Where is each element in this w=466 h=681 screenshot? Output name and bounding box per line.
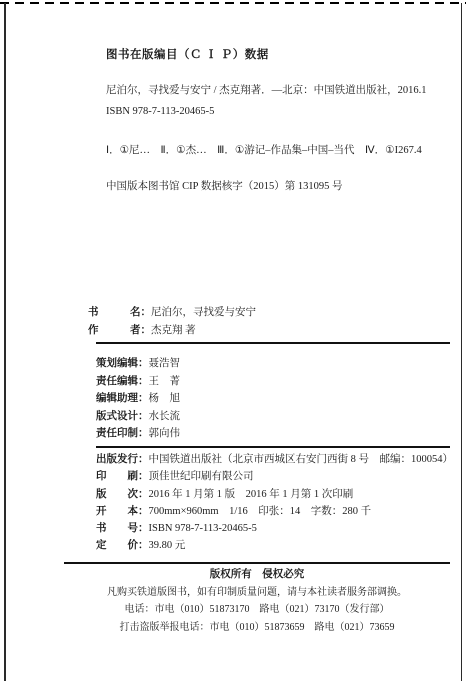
field-label: 出版发行： <box>96 454 149 465</box>
copyright-notice: 版权所有 侵权必究 <box>64 566 450 584</box>
divider-3 <box>64 562 450 564</box>
edition-row: 版 次：2016 年 1 月第 1 版 2016 年 1 月第 1 次印刷 <box>96 486 453 503</box>
price-row: 定 价：39.80 元 <box>96 537 453 554</box>
cip-section: 图书在版编目（Ｃ Ｉ Ｐ）数据 尼泊尔，寻找爱与安宁 / 杰克翔著．—北京：中国… <box>106 46 427 193</box>
field-value: 王 菁 <box>149 376 181 387</box>
layout-design-row: 版式设计：水长流 <box>96 408 180 426</box>
page-border-top-dashed <box>0 2 466 4</box>
book-author-row: 作 者：杰克翔 著 <box>88 322 256 340</box>
publisher-row: 出版发行：中国铁道出版社（北京市西城区右安门西街 8 号 邮编：100054） <box>96 451 453 468</box>
cip-bibliographic-line: 尼泊尔，寻找爱与安宁 / 杰克翔著．—北京：中国铁道出版社，2016.1 <box>106 82 427 97</box>
responsible-editor-row: 责任编辑：王 菁 <box>96 373 180 391</box>
cip-title: 图书在版编目（Ｃ Ｉ Ｐ）数据 <box>106 46 427 62</box>
field-value: 700mm×960mm 1/16 印张：14 字数：280 千 <box>149 506 372 517</box>
field-value: 聂浩智 <box>149 358 181 369</box>
page-border-right <box>461 3 463 681</box>
isbn-row: 书 号：ISBN 978-7-113-20465-5 <box>96 520 453 537</box>
cip-record-number: 中国版本图书馆 CIP 数据核字（2015）第 131095 号 <box>106 178 427 193</box>
field-value: 中国铁道出版社（北京市西城区右安门西街 8 号 邮编：100054） <box>149 454 454 465</box>
field-label: 开 本： <box>96 506 149 517</box>
field-value: 郭向伟 <box>149 428 181 439</box>
page-border-left <box>4 3 6 681</box>
exchange-notice: 凡购买铁道版图书，如有印制质量问题，请与本社读者服务部调换。 <box>64 584 450 602</box>
field-label: 定 价： <box>96 540 149 551</box>
field-value: 2016 年 1 月第 1 版 2016 年 1 月第 1 次印刷 <box>149 489 354 500</box>
planning-editor-row: 策划编辑：聂浩智 <box>96 355 180 373</box>
field-label: 版 次： <box>96 489 149 500</box>
copyright-page: 图书在版编目（Ｃ Ｉ Ｐ）数据 尼泊尔，寻找爱与安宁 / 杰克翔著．—北京：中国… <box>0 0 466 681</box>
field-label: 印 刷： <box>96 471 149 482</box>
field-value: 39.80 元 <box>149 540 186 551</box>
piracy-report-line: 打击盗版举报电话：市电（010）51873659 路电（021）73659 <box>64 619 450 637</box>
field-label: 作 者： <box>88 325 151 336</box>
field-value: ISBN 978-7-113-20465-5 <box>149 523 257 534</box>
field-label: 书 名： <box>88 307 151 318</box>
field-label: 策划编辑： <box>96 358 149 369</box>
field-label: 编辑助理： <box>96 393 149 404</box>
field-value: 尼泊尔，寻找爱与安宁 <box>151 307 256 318</box>
book-title-row: 书 名：尼泊尔，寻找爱与安宁 <box>88 304 256 322</box>
field-label: 版式设计： <box>96 411 149 422</box>
book-info-section: 书 名：尼泊尔，寻找爱与安宁 作 者：杰克翔 著 <box>88 304 256 340</box>
field-label: 书 号： <box>96 523 149 534</box>
field-value: 顶佳世纪印刷有限公司 <box>149 471 254 482</box>
publishing-section: 出版发行：中国铁道出版社（北京市西城区右安门西街 8 号 邮编：100054） … <box>96 451 453 555</box>
editor-assistant-row: 编辑助理：杨 旭 <box>96 390 180 408</box>
field-label: 责任编辑： <box>96 376 149 387</box>
divider-2 <box>96 446 450 448</box>
field-value: 杨 旭 <box>149 393 181 404</box>
cip-classification: Ⅰ．①尼… Ⅱ．①杰… Ⅲ．①游记–作品集–中国–当代 Ⅳ．①I267.4 <box>106 142 427 157</box>
print-supervisor-row: 责任印制：郭向伟 <box>96 425 180 443</box>
cip-isbn: ISBN 978-7-113-20465-5 <box>106 106 427 117</box>
field-label: 责任印制： <box>96 428 149 439</box>
format-row: 开 本：700mm×960mm 1/16 印张：14 字数：280 千 <box>96 503 453 520</box>
printer-row: 印 刷：顶佳世纪印刷有限公司 <box>96 468 453 485</box>
footer-section: 版权所有 侵权必究 凡购买铁道版图书，如有印制质量问题，请与本社读者服务部调换。… <box>64 566 450 636</box>
divider-1 <box>96 342 450 344</box>
field-value: 杰克翔 著 <box>151 325 196 336</box>
field-value: 水长流 <box>149 411 181 422</box>
staff-section: 策划编辑：聂浩智 责任编辑：王 菁 编辑助理：杨 旭 版式设计：水长流 责任印制… <box>96 355 180 443</box>
contact-phone-line: 电话：市电（010）51873170 路电（021）73170（发行部） <box>64 601 450 619</box>
